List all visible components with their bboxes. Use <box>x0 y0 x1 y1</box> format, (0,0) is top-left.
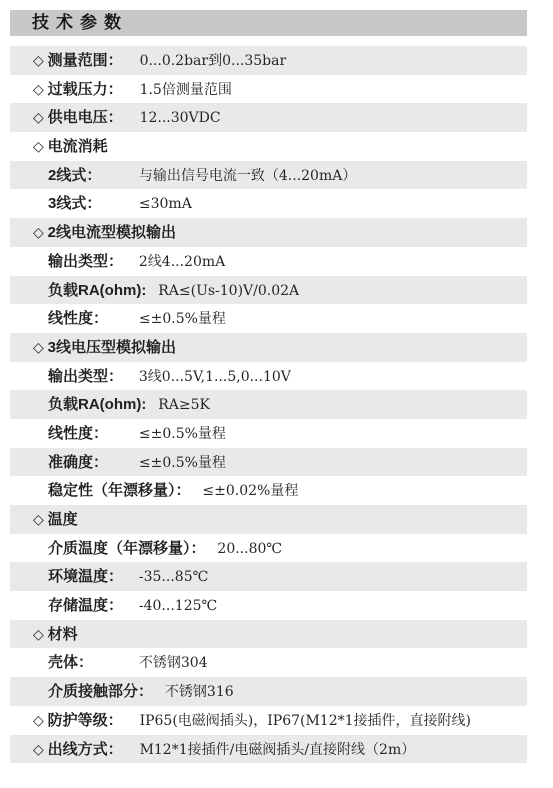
spec-row: ◇ 2线电流型模拟输出 <box>10 218 527 247</box>
diamond-bullet-icon: ◇ <box>33 75 44 104</box>
spec-value: 20...80℃ <box>217 541 282 557</box>
spec-row: 存储温度： -40...125℃ <box>10 591 527 620</box>
spec-label: 输出类型： <box>48 363 127 391</box>
diamond-bullet-icon: ◇ <box>33 620 44 649</box>
diamond-bullet-icon: ◇ <box>33 505 44 534</box>
spec-sheet-page: 技术参数 ◇ 测量范围： 0...0.2bar到0...35bar ◇ 过载压力… <box>0 0 553 788</box>
diamond-bullet-icon: ◇ <box>33 103 44 132</box>
spec-value: RA≤(Us-10)V/0.02A <box>158 283 299 299</box>
spec-row: ◇ 温度 <box>10 505 527 534</box>
spec-label: 线性度： <box>48 305 127 333</box>
spec-row: ◇ 过载压力： 1.5倍测量范围 <box>10 75 527 104</box>
spec-value: 2线4...20mA <box>139 254 225 270</box>
spec-label: 温度 <box>48 506 128 534</box>
spec-value: ≤±0.5%量程 <box>139 426 226 442</box>
spec-row: 负载RA(ohm): RA≤(Us-10)V/0.02A <box>10 276 527 305</box>
spec-row: ◇ 测量范围： 0...0.2bar到0...35bar <box>10 46 527 75</box>
spec-row: 介质接触部分： 不锈钢316 <box>10 677 527 706</box>
section-title-bar: 技术参数 <box>10 10 527 36</box>
spec-label: 3线电压型模拟输出 <box>48 334 176 362</box>
spec-value: IP65(电磁阀插头)，IP67(M12*1接插件，直接附线) <box>140 713 471 729</box>
spec-label: 供电电压： <box>48 104 128 132</box>
page-title: 技术参数 <box>10 10 527 36</box>
spec-row: 准确度： ≤±0.5%量程 <box>10 448 527 477</box>
spec-row: 线性度： ≤±0.5%量程 <box>10 304 527 333</box>
spec-value: 1.5倍测量范围 <box>140 82 232 98</box>
spec-value: M12*1接插件/电磁阀插头/直接附线（2m） <box>140 742 416 758</box>
spec-label: 线性度： <box>48 420 127 448</box>
spec-label: 2线电流型模拟输出 <box>48 219 176 247</box>
spec-label: 环境温度： <box>48 563 127 591</box>
spec-row: 介质温度（年漂移量）： 20...80℃ <box>10 534 527 563</box>
spec-row: ◇ 供电电压： 12...30VDC <box>10 103 527 132</box>
spec-label: 存储温度： <box>48 592 127 620</box>
spec-label: 准确度： <box>48 449 127 477</box>
spec-value: ≤±0.02%量程 <box>202 483 298 499</box>
spec-row: 负载RA(ohm): RA≥5K <box>10 390 527 419</box>
spec-label: 负载RA(ohm): <box>48 391 146 419</box>
spec-row: ◇ 3线电压型模拟输出 <box>10 333 527 362</box>
spec-label: 电流消耗 <box>48 133 128 161</box>
spec-label: 材料 <box>48 621 128 649</box>
diamond-bullet-icon: ◇ <box>33 132 44 161</box>
spec-label: 出线方式： <box>48 736 128 764</box>
spec-row: 环境温度： -35...85℃ <box>10 562 527 591</box>
spec-label: 稳定性（年漂移量）： <box>48 477 191 505</box>
diamond-bullet-icon: ◇ <box>33 735 44 764</box>
spec-value: -35...85℃ <box>139 569 208 585</box>
spec-label: 介质温度（年漂移量）： <box>48 535 206 563</box>
spec-value: 0...0.2bar到0...35bar <box>140 53 287 69</box>
spec-value: ≤±0.5%量程 <box>139 311 226 327</box>
spec-label: 防护等级： <box>48 707 128 735</box>
diamond-bullet-icon: ◇ <box>33 706 44 735</box>
diamond-bullet-icon: ◇ <box>33 218 44 247</box>
spec-label: 2线式： <box>48 162 127 190</box>
spec-row: 输出类型： 3线0...5V,1...5,0...10V <box>10 362 527 391</box>
spec-label: 测量范围： <box>48 47 128 75</box>
spec-label: 过载压力： <box>48 76 128 104</box>
spec-label: 介质接触部分： <box>48 678 153 706</box>
spec-label: 3线式： <box>48 190 127 218</box>
spec-row: ◇ 材料 <box>10 620 527 649</box>
spec-value: 与输出信号电流一致（4...20mA） <box>139 168 356 184</box>
spec-value: 不锈钢316 <box>165 684 234 700</box>
spec-value: 3线0...5V,1...5,0...10V <box>139 369 291 385</box>
spec-value: ≤30mA <box>139 196 192 212</box>
diamond-bullet-icon: ◇ <box>33 46 44 75</box>
spec-label: 负载RA(ohm): <box>48 277 146 305</box>
spec-value: -40...125℃ <box>139 598 217 614</box>
spec-row: 3线式： ≤30mA <box>10 189 527 218</box>
spec-row: ◇ 出线方式： M12*1接插件/电磁阀插头/直接附线（2m） <box>10 735 527 764</box>
spec-value: RA≥5K <box>158 397 210 413</box>
spec-value: ≤±0.5%量程 <box>139 455 226 471</box>
spec-row: ◇ 防护等级： IP65(电磁阀插头)，IP67(M12*1接插件，直接附线) <box>10 706 527 735</box>
spec-row: 壳体： 不锈钢304 <box>10 648 527 677</box>
spec-row: 稳定性（年漂移量）： ≤±0.02%量程 <box>10 476 527 505</box>
spec-table: ◇ 测量范围： 0...0.2bar到0...35bar ◇ 过载压力： 1.5… <box>10 46 527 763</box>
spec-row: 输出类型： 2线4...20mA <box>10 247 527 276</box>
spec-row: 2线式： 与输出信号电流一致（4...20mA） <box>10 161 527 190</box>
spec-label: 输出类型： <box>48 248 127 276</box>
spec-row: ◇ 电流消耗 <box>10 132 527 161</box>
spec-value: 不锈钢304 <box>139 655 208 671</box>
diamond-bullet-icon: ◇ <box>33 333 44 362</box>
spec-value: 12...30VDC <box>140 110 221 126</box>
spec-row: 线性度： ≤±0.5%量程 <box>10 419 527 448</box>
spec-label: 壳体： <box>48 649 127 677</box>
